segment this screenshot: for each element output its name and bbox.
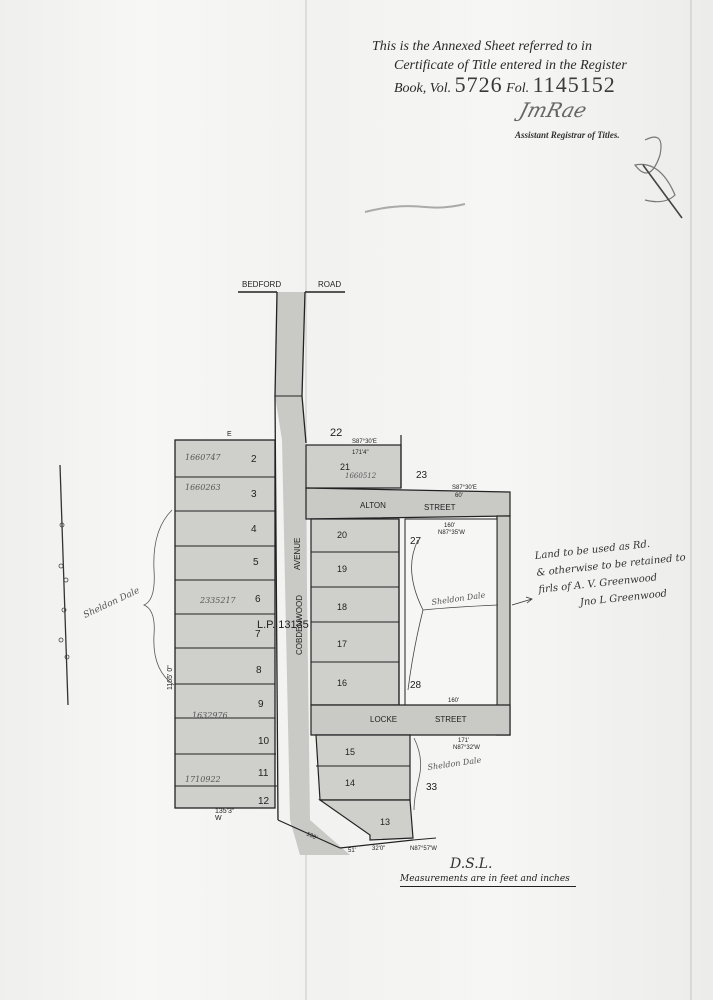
compass-west: W <box>215 815 222 822</box>
lot-label: 17 <box>337 639 347 649</box>
lot-label: 6 <box>255 594 261 605</box>
dim-label: N87°57'W <box>410 846 437 852</box>
lot-label: 15 <box>345 747 355 757</box>
west-length-dim: 1165' 0" <box>167 665 174 690</box>
dim-label: 171'4" <box>352 450 369 456</box>
adjoining-lot: 33 <box>426 782 438 793</box>
bottom-west-dim: 135'3" <box>215 808 235 815</box>
lot-label: 9 <box>258 699 264 710</box>
lot-annotation: 1660747 <box>185 453 222 462</box>
smudge-mark <box>365 204 465 212</box>
lot-label: 21 <box>340 462 350 472</box>
lot-label: 12 <box>258 796 270 807</box>
dim-label: 32'0" <box>372 846 385 852</box>
dim-label: 160' <box>448 698 459 704</box>
locke-street <box>311 705 510 735</box>
handwritten-note: Sheldon Dale <box>82 586 141 621</box>
lot-annotation: 1660512 <box>345 472 377 480</box>
bedford-road-label-left: BEDFORD <box>242 280 281 289</box>
bedford-road-label-right: ROAD <box>318 280 341 289</box>
lot-annotation: 2335217 <box>199 596 237 605</box>
adjoining-lot: 22 <box>330 427 342 439</box>
corner-stroke <box>643 165 682 218</box>
corner-mark-icon <box>635 137 675 202</box>
compass-east: E <box>227 431 232 438</box>
handwritten-note: Sheldon Dale <box>427 756 482 772</box>
east-reserve-strip <box>497 516 510 735</box>
locke-street-label-right: STREET <box>435 715 467 724</box>
lot-label: 11 <box>258 768 269 779</box>
alton-street <box>306 488 510 519</box>
dim-label: 160' <box>444 523 455 529</box>
measurements-note: Measurements are in feet and inches <box>400 874 576 887</box>
dim-label: S87°30'E <box>452 485 477 491</box>
avenue-label: AVENUE <box>293 538 302 570</box>
lot-label: 4 <box>251 524 257 535</box>
title-plan-sheet: This is the Annexed Sheet referred to in… <box>0 0 713 1000</box>
dim-label: N87°32'W <box>453 745 480 751</box>
surveyor-initials: D.S.L. <box>450 856 492 872</box>
lot-annotation: 1632976 <box>192 711 228 720</box>
lot-label: 20 <box>337 530 347 540</box>
lot-label: 16 <box>337 678 347 688</box>
arrow-icon <box>512 597 532 605</box>
east-lot-block <box>311 519 399 705</box>
adjoining-lot: 23 <box>416 470 428 481</box>
alton-street-label-left: ALTON <box>360 501 386 510</box>
margin-rule <box>60 465 68 705</box>
lot-label: 19 <box>337 564 347 574</box>
lot-annotation: 1660263 <box>185 483 221 492</box>
lot-label: 3 <box>251 489 257 500</box>
locke-street-label-left: LOCKE <box>370 715 397 724</box>
lot-13 <box>320 800 413 840</box>
dim-label: S87°30'E <box>352 439 377 445</box>
adjoining-lot: 28 <box>410 680 422 691</box>
dim-label: 60' <box>455 493 463 499</box>
lot-label: 14 <box>345 778 355 788</box>
lot-label: 18 <box>337 602 347 612</box>
subdivision-plan: BEDFORD ROAD COBDENWOOD AVENUE 2 3 4 <box>0 0 713 1000</box>
dim-label: 171' <box>458 738 469 744</box>
lot-label: 2 <box>251 454 257 465</box>
alton-street-label-right: STREET <box>424 503 456 512</box>
lots-15-14 <box>316 735 410 800</box>
lot-label: 8 <box>256 665 262 676</box>
lot-label: 10 <box>258 736 270 747</box>
lot-label: 13 <box>380 817 390 827</box>
lot-annotation: 1710922 <box>185 775 221 784</box>
dim-label: 51' <box>348 848 356 854</box>
plan-number: L.P. 13135 <box>257 619 309 631</box>
lot-label: 5 <box>253 557 259 568</box>
dim-label: N87°35'W <box>438 530 465 536</box>
